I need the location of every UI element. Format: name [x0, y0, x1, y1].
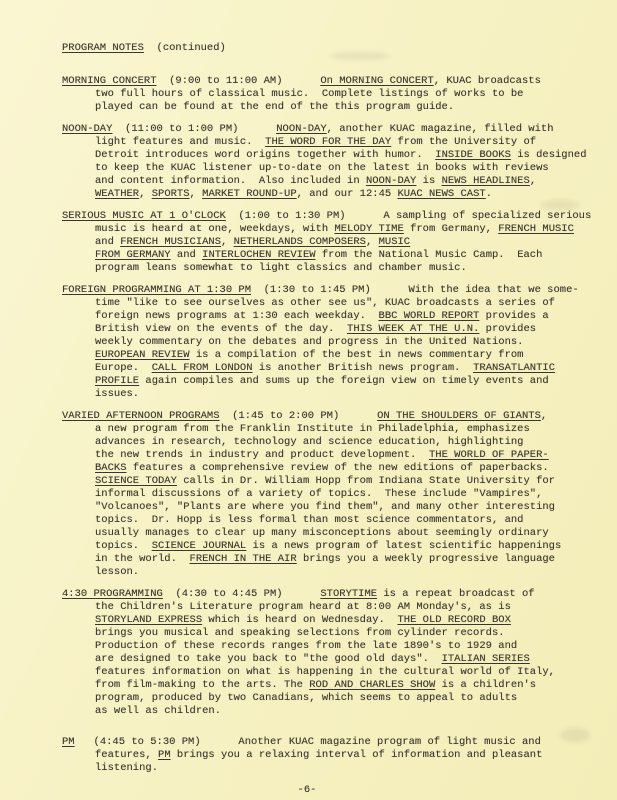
underlined-program-name: EUROPEAN REVIEW [95, 349, 190, 361]
page-title: PROGRAM NOTES (continued) [62, 42, 617, 55]
underlined-program-name: WEATHER [95, 188, 139, 200]
underlined-program-name: NOON-DAY [276, 123, 326, 135]
underlined-program-name: FOREIGN PROGRAMMING AT 1:30 PM [62, 284, 251, 296]
underlined-program-name: ITALIAN SERIES [442, 653, 530, 665]
text-run: from Germany, [404, 223, 499, 235]
text-run: and [171, 249, 203, 261]
underlined-program-name: SCIENCE TODAY [95, 475, 177, 487]
underlined-program-name: CALL FROM LONDON [152, 362, 253, 374]
text-run: , [366, 236, 379, 248]
text-run: features a comprehensive review of the n… [127, 462, 549, 474]
underlined-program-name: NETHERLANDS COMPOSERS [234, 236, 366, 248]
text-run: (1:45 to 2:00 PM) [220, 410, 378, 422]
text-run: , and our 12:45 [297, 188, 398, 200]
text-run: and [95, 236, 120, 248]
section-noon-day: NOON-DAY (11:00 to 1:00 PM) NOON-DAY, an… [62, 123, 617, 201]
underlined-program-name: SPORTS [152, 188, 190, 200]
underlined-program-name: INTERLOCHEN REVIEW [202, 249, 315, 261]
section-morning-concert: MORNING CONCERT (9:00 to 11:00 AM) On MO… [62, 75, 617, 114]
underlined-program-name: THE WORD FOR THE DAY [265, 136, 391, 148]
document-page: PROGRAM NOTES (continued) MORNING CONCER… [0, 0, 617, 800]
text-run: , [190, 188, 203, 200]
section-serious-music-at-1-oclock: SERIOUS MUSIC AT 1 O'CLOCK (1:00 to 1:30… [62, 210, 617, 275]
section-pm: PM (4:45 to 5:30 PM) Another KUAC magazi… [62, 736, 617, 775]
underlined-program-name: BBC WORLD REPORT [379, 310, 480, 322]
underlined-program-name: THIS WEEK AT THE U.N. [347, 323, 479, 335]
text-run: (4:30 to 4:45 PM) [163, 588, 321, 600]
text-run: , [530, 175, 536, 187]
text-run: is [416, 175, 441, 187]
underlined-program-name: FRENCH MUSIC [498, 223, 574, 235]
underlined-program-name: NEWS HEADLINES [442, 175, 530, 187]
underlined-program-name: STORYLAND EXPRESS [95, 614, 202, 626]
underlined-program-name: FRENCH MUSICIANS [120, 236, 221, 248]
underlined-program-name: INSIDE BOOKS [435, 149, 511, 161]
underlined-program-name: NOON-DAY [62, 123, 112, 135]
underlined-program-name: KUAC NEWS CAST [397, 188, 485, 200]
section-varied-afternoon-programs: VARIED AFTERNOON PROGRAMS (1:45 to 2:00 … [62, 410, 617, 579]
underlined-program-name: ON THE SHOULDERS OF GIANTS [377, 410, 541, 422]
underlined-program-name: PM [158, 749, 171, 761]
text-run: (continued) [144, 42, 226, 54]
text-run: . [486, 188, 492, 200]
underlined-program-name: PROGRAM NOTES [62, 42, 144, 54]
page-number: -6- [62, 784, 552, 797]
underlined-program-name: FRENCH IN THE AIR [190, 553, 297, 565]
section-430-programming: 4:30 PROGRAMMING (4:30 to 4:45 PM) STORY… [62, 588, 617, 718]
underlined-program-name: MELODY TIME [334, 223, 403, 235]
underlined-program-name: ROD AND CHARLES SHOW [309, 679, 435, 691]
text-run: which is heard on Wednesday. [202, 614, 397, 626]
underlined-program-name: NOON-DAY [366, 175, 416, 187]
underlined-program-name: MORNING CONCERT [62, 75, 157, 87]
underlined-program-name: On MORNING CONCERT [320, 75, 433, 87]
text-run: , [221, 236, 234, 248]
text-run: (11:00 to 1:00 PM) [112, 123, 276, 135]
underlined-program-name: SCIENCE JOURNAL [152, 540, 247, 552]
underlined-program-name: PM [62, 736, 75, 748]
text-run: (9:00 to 11:00 AM) [157, 75, 321, 87]
underlined-program-name: VARIED AFTERNOON PROGRAMS [62, 410, 220, 422]
text-run: again compiles and sums up the foreign v… [95, 375, 549, 400]
underlined-program-name: STORYTIME [320, 588, 377, 600]
underlined-program-name: 4:30 PROGRAMMING [62, 588, 163, 600]
section-foreign-programming-at-130-pm: FOREIGN PROGRAMMING AT 1:30 PM (1:30 to … [62, 284, 617, 401]
underlined-program-name: SERIOUS MUSIC AT 1 O'CLOCK [62, 210, 226, 222]
underlined-program-name: THE OLD RECORD BOX [397, 614, 510, 626]
underlined-program-name: MARKET ROUND-UP [202, 188, 297, 200]
text-run: , [139, 188, 152, 200]
text-run: is another British news program. [253, 362, 474, 374]
program-notes-body: MORNING CONCERT (9:00 to 11:00 AM) On MO… [62, 75, 617, 775]
